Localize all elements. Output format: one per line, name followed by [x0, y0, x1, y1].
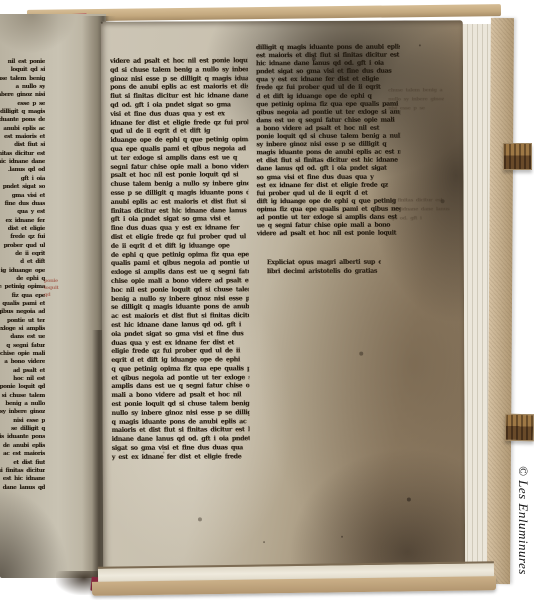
recto-page: videre ad psalt et hoc nil est ponie loq… [101, 20, 465, 576]
parchment-speckles [101, 22, 103, 24]
book-cover-right-board [487, 18, 514, 584]
explicit-line-1: Expliciat opus magri alberti sup ethic [267, 259, 381, 268]
fore-edge-tab-lower [505, 414, 534, 442]
explicit-colophon: Expliciat opus magri alberti sup ethic l… [267, 259, 381, 277]
verso-text-column: nil est ponieloquit qd sichuse talem ben… [0, 58, 45, 494]
margin-annotation-upper: chuse talem benig anullo sy inbere ginoz… [388, 86, 462, 113]
gutter-rubric-note: ponieloquitqd [44, 278, 70, 299]
text-column-2: dilligit q magis iduante pons de anubi e… [256, 43, 401, 238]
fore-edge-tab-upper [503, 143, 532, 170]
text-column-1: videre ad psalt et hoc nil est ponie loq… [110, 57, 250, 464]
margin-annotation-lower: si finitas dicitur esthic idnane dane la… [391, 196, 465, 223]
explicit-line-2: libri decimi aristotelis do gratias [267, 267, 381, 276]
copyright-watermark: © Les Enluminures [515, 466, 531, 575]
